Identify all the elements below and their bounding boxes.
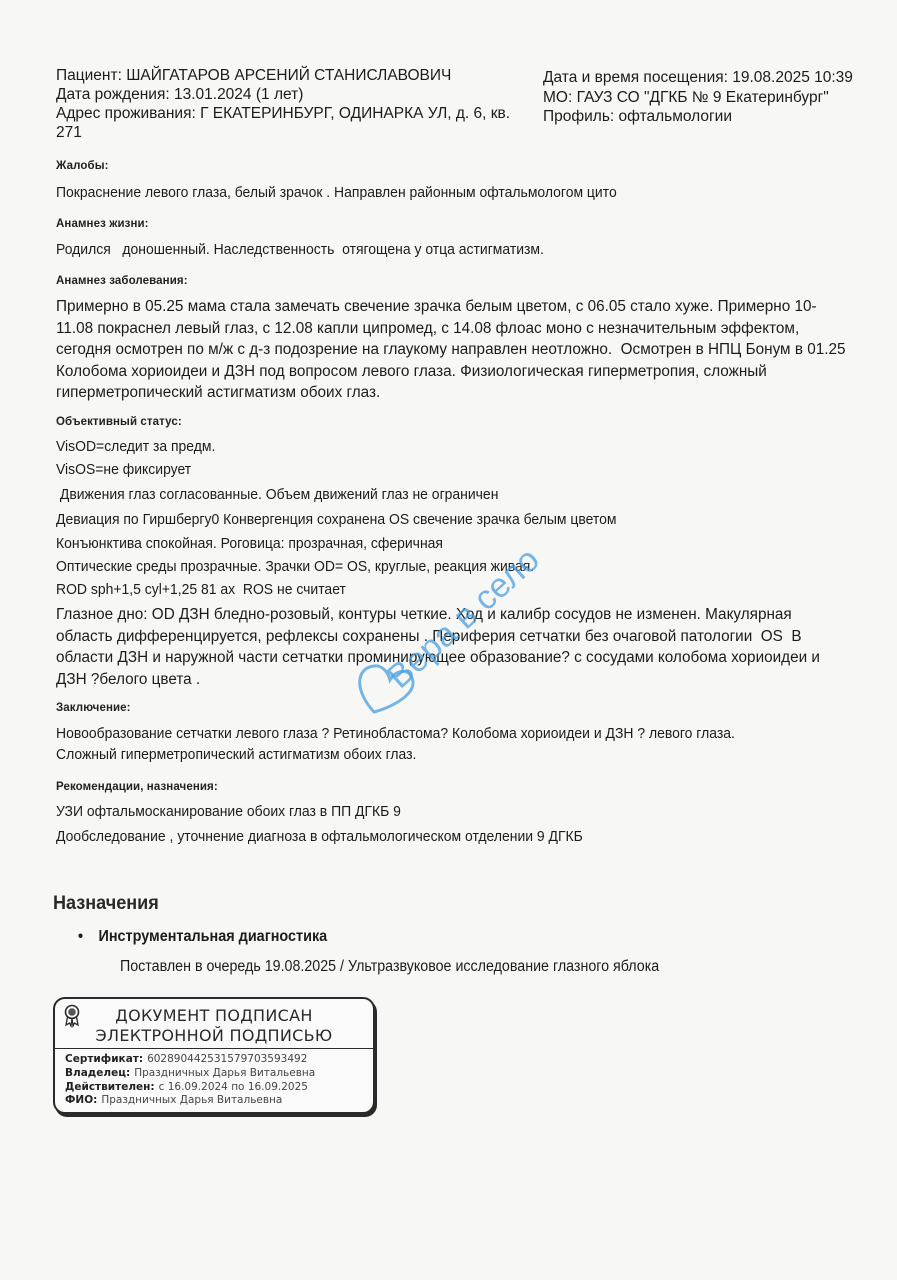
conclusion-line: Сложный гиперметропический астигматизм о…: [56, 746, 416, 763]
patient-info: Пациент: ШАЙГАТАРОВ АРСЕНИЙ СТАНИСЛАВОВИ…: [56, 66, 536, 142]
stamp-row-owner: Владелец:Праздничных Дарья Витальевна: [65, 1067, 315, 1081]
owner-value: Праздничных Дарья Витальевна: [134, 1067, 315, 1079]
complaints-text: Покраснение левого глаза, белый зрачок .…: [56, 184, 617, 201]
stamp-title-line: ДОКУМЕНТ ПОДПИСАН: [55, 1006, 373, 1026]
visit-label: Дата и время посещения:: [543, 69, 728, 86]
medical-document-page: Пациент: ШАЙГАТАРОВ АРСЕНИЙ СТАНИСЛАВОВИ…: [0, 0, 897, 1280]
conclusion-heading: Заключение:: [56, 702, 131, 714]
disease-history-line: Примерно в 05.25 мама стала замечать све…: [56, 296, 886, 318]
stamp-row-fullname: ФИО:Праздничных Дарья Витальевна: [65, 1094, 315, 1108]
recommendation-line: УЗИ офтальмосканирование обоих глаз в ПП…: [56, 803, 401, 820]
address-label: Адрес проживания:: [56, 105, 196, 122]
certificate-label: Сертификат:: [65, 1053, 143, 1065]
patient-name-line: Пациент: ШАЙГАТАРОВ АРСЕНИЙ СТАНИСЛАВОВИ…: [56, 66, 536, 85]
mo-line: МО: ГАУЗ СО "ДГКБ № 9 Екатеринбург": [543, 88, 883, 108]
objective-line-vis-od: VisOD=следит за предм.: [56, 438, 215, 455]
stamp-divider: [55, 1048, 373, 1049]
visit-datetime-line: Дата и время посещения: 19.08.2025 10:39: [543, 68, 883, 88]
recommendation-line: Дообследование , уточнение диагноза в оф…: [56, 828, 583, 845]
objective-line-eye-movement: Движения глаз согласованные. Объем движе…: [56, 486, 498, 503]
mo-label: МО:: [543, 89, 572, 106]
objective-line-refraction: ROD sph+1,5 cyl+1,25 81 ax ROS не считае…: [56, 581, 346, 598]
stamp-row-certificate: Сертификат:602890442531579703593492: [65, 1053, 315, 1067]
dob-value: 13.01.2024 (1 лет): [174, 86, 303, 103]
disease-history-line: 11.08 покраснел левый глаз, с 12.08 капл…: [56, 318, 886, 340]
visit-value: 19.08.2025 10:39: [732, 69, 853, 86]
appointment-category-label: Инструментальная диагностика: [98, 928, 327, 945]
dob-line: Дата рождения: 13.01.2024 (1 лет): [56, 85, 536, 104]
fundus-text: Глазное дно: OD ДЗН бледно-розовый, конт…: [56, 604, 886, 690]
stamp-title: ДОКУМЕНТ ПОДПИСАН ЭЛЕКТРОННОЙ ПОДПИСЬЮ: [55, 1006, 373, 1046]
fullname-value: Праздничных Дарья Витальевна: [101, 1094, 282, 1106]
fullname-label: ФИО:: [65, 1094, 97, 1106]
appointment-detail: Поставлен в очередь 19.08.2025 / Ультраз…: [120, 958, 659, 976]
stamp-details: Сертификат:602890442531579703593492 Влад…: [65, 1053, 315, 1108]
objective-line-optical-media: Оптические среды прозрачные. Зрачки OD= …: [56, 558, 534, 575]
fundus-line: области ДЗН и наружной части сетчатки пр…: [56, 647, 886, 669]
disease-history-text: Примерно в 05.25 мама стала замечать све…: [56, 296, 886, 404]
fundus-line: область дифференцируется, рефлексы сохра…: [56, 626, 886, 648]
address-value-continued: 271: [56, 123, 536, 142]
life-history-text: Родился доношенный. Наследственность отя…: [56, 241, 544, 258]
patient-label: Пациент:: [56, 67, 122, 84]
profile-line: Профиль: офтальмологии: [543, 107, 883, 127]
objective-line-conjunctiva: Конъюнктива спокойная. Роговица: прозрач…: [56, 535, 443, 552]
disease-history-heading: Анамнез заболевания:: [56, 275, 188, 287]
appointment-category: •Инструментальная диагностика: [78, 928, 327, 946]
recommendations-heading: Рекомендации, назначения:: [56, 781, 218, 793]
disease-history-line: сегодня осмотрен по м/ж с д-з подозрение…: [56, 339, 886, 361]
conclusion-line: Новообразование сетчатки левого глаза ? …: [56, 725, 735, 742]
dob-label: Дата рождения:: [56, 86, 170, 103]
objective-line-vis-os: VisOS=не фиксирует: [56, 461, 191, 478]
address-value: Г ЕКАТЕРИНБУРГ, ОДИНАРКА УЛ, д. 6, кв.: [200, 105, 510, 122]
address-line: Адрес проживания: Г ЕКАТЕРИНБУРГ, ОДИНАР…: [56, 104, 536, 123]
complaints-heading: Жалобы:: [56, 160, 109, 172]
mo-value: ГАУЗ СО "ДГКБ № 9 Екатеринбург": [577, 89, 829, 106]
bullet-icon: •: [78, 928, 98, 946]
certificate-value: 602890442531579703593492: [147, 1053, 307, 1065]
life-history-heading: Анамнез жизни:: [56, 218, 149, 230]
stamp-title-line: ЭЛЕКТРОННОЙ ПОДПИСЬЮ: [55, 1026, 373, 1046]
appointments-title: Назначения: [53, 893, 159, 915]
objective-line-deviation: Девиация по Гиршбергу0 Конвергенция сохр…: [56, 511, 616, 528]
owner-label: Владелец:: [65, 1067, 130, 1079]
stamp-row-validity: Действителен:с 16.09.2024 по 16.09.2025: [65, 1081, 315, 1095]
electronic-signature-stamp: ДОКУМЕНТ ПОДПИСАН ЭЛЕКТРОННОЙ ПОДПИСЬЮ С…: [53, 997, 375, 1114]
fundus-line: Глазное дно: OD ДЗН бледно-розовый, конт…: [56, 604, 886, 626]
disease-history-line: Колобома хориоидеи и ДЗН под вопросом ле…: [56, 361, 886, 383]
fundus-line: ДЗН ?белого цвета .: [56, 669, 886, 691]
profile-label: Профиль:: [543, 108, 614, 125]
profile-value: офтальмологии: [619, 108, 732, 125]
disease-history-line: гиперметропический астигматизм обоих гла…: [56, 382, 886, 404]
visit-info: Дата и время посещения: 19.08.2025 10:39…: [543, 68, 883, 127]
objective-status-heading: Объективный статус:: [56, 416, 182, 428]
validity-value: с 16.09.2024 по 16.09.2025: [159, 1081, 308, 1093]
validity-label: Действителен:: [65, 1081, 155, 1093]
patient-name: ШАЙГАТАРОВ АРСЕНИЙ СТАНИСЛАВОВИЧ: [126, 67, 451, 84]
